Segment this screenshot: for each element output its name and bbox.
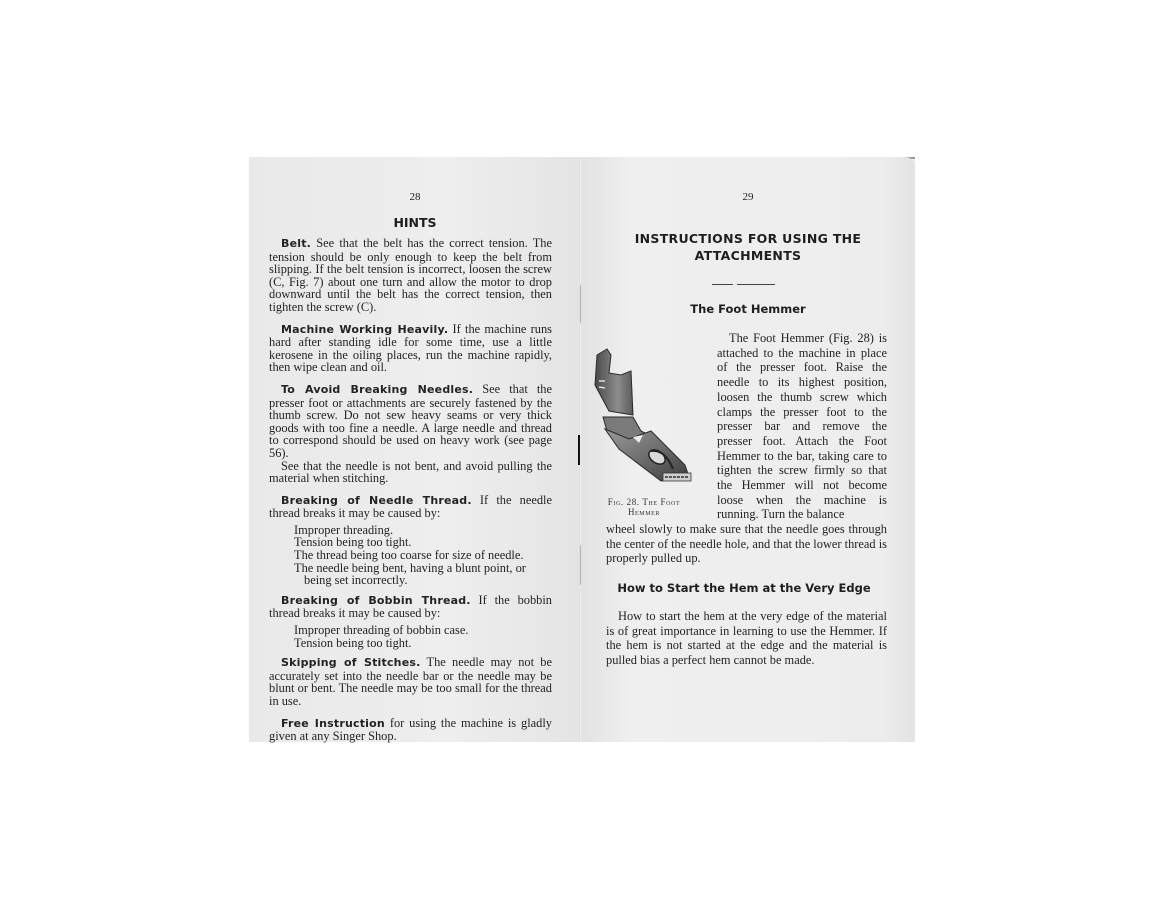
hint-lead: Free Instruction (281, 717, 385, 730)
hint-needle-thread: Breaking of Needle Thread. If the needle… (269, 494, 552, 520)
hint-lead: Machine Working Heavily. (281, 323, 448, 336)
list-item: The thread being too coarse for size of … (294, 549, 552, 562)
foot-hemmer-para: The Foot Hemmer (Fig. 28) is attached to… (717, 331, 887, 522)
foot-hemmer-para-cont: wheel slowly to make sure that the needl… (606, 522, 887, 566)
hint-lead: Breaking of Bobbin Thread. (281, 594, 471, 607)
page-title-hints: HINTS (249, 215, 581, 230)
hint-free-instruction: Free Instruction for using the machine i… (269, 717, 552, 743)
hints-body: Belt. See that the belt has the correct … (269, 237, 552, 752)
page-29: 29 INSTRUCTIONS FOR USING THE ATTACHMENT… (581, 157, 915, 742)
divider-rule (712, 284, 775, 285)
page-number: 29 (581, 191, 915, 203)
subheading-start-hem: How to Start the Hem at the Very Edge (577, 581, 911, 595)
foot-hemmer-wrap-text: The Foot Hemmer (Fig. 28) is attached to… (717, 331, 887, 522)
list-item: Improper threading of bobbin case. (294, 624, 552, 637)
hint-lead: Belt. (281, 237, 311, 250)
booklet-spread: 28 HINTS Belt. See that the belt has the… (249, 157, 915, 742)
start-hem-para: How to start the hem at the very edge of… (606, 609, 887, 668)
caption-line1: Fig. 28. The Foot (585, 497, 703, 507)
bobbin-thread-causes: Improper threading of bobbin case. Tensi… (294, 624, 552, 649)
hint-lead: Skipping of Stitches. (281, 656, 421, 669)
hint-belt: Belt. See that the belt has the correct … (269, 237, 552, 314)
hint-breaking-needles: To Avoid Breaking Needles. See that the … (269, 383, 552, 460)
page-28: 28 HINTS Belt. See that the belt has the… (249, 157, 581, 742)
hint-bobbin-thread: Breaking of Bobbin Thread. If the bobbin… (269, 594, 552, 620)
hint-lead: Breaking of Needle Thread. (281, 494, 472, 507)
page-number: 28 (249, 191, 581, 203)
divider-gap (733, 283, 737, 286)
subheading-foot-hemmer: The Foot Hemmer (581, 302, 915, 316)
list-item: Tension being too tight. (294, 637, 552, 650)
start-hem-body: How to start the hem at the very edge of… (606, 609, 887, 668)
hint-text: See that the belt has the correct tensio… (269, 236, 552, 314)
hint-skipping-stitches: Skipping of Stitches. The needle may not… (269, 656, 552, 707)
section-title-line2: ATTACHMENTS (581, 248, 915, 263)
figure-caption: Fig. 28. The Foot Hemmer (585, 497, 703, 517)
foot-hemmer-continued: wheel slowly to make sure that the needl… (606, 522, 887, 566)
section-title-line1: INSTRUCTIONS FOR USING THE (581, 231, 915, 246)
hint-machine-heavy: Machine Working Heavily. If the machine … (269, 323, 552, 374)
hint-breaking-needles-extra: See that the needle is not bent, and avo… (269, 460, 552, 485)
foot-hemmer-icon (589, 345, 704, 495)
binding-mark (578, 435, 580, 465)
hint-lead: To Avoid Breaking Needles. (281, 383, 473, 396)
needle-thread-causes: Improper threading. Tension being too ti… (294, 524, 552, 587)
caption-line2: Hemmer (585, 507, 703, 517)
foot-hemmer-illustration (589, 345, 704, 495)
list-item: The needle being bent, having a blunt po… (294, 562, 552, 587)
